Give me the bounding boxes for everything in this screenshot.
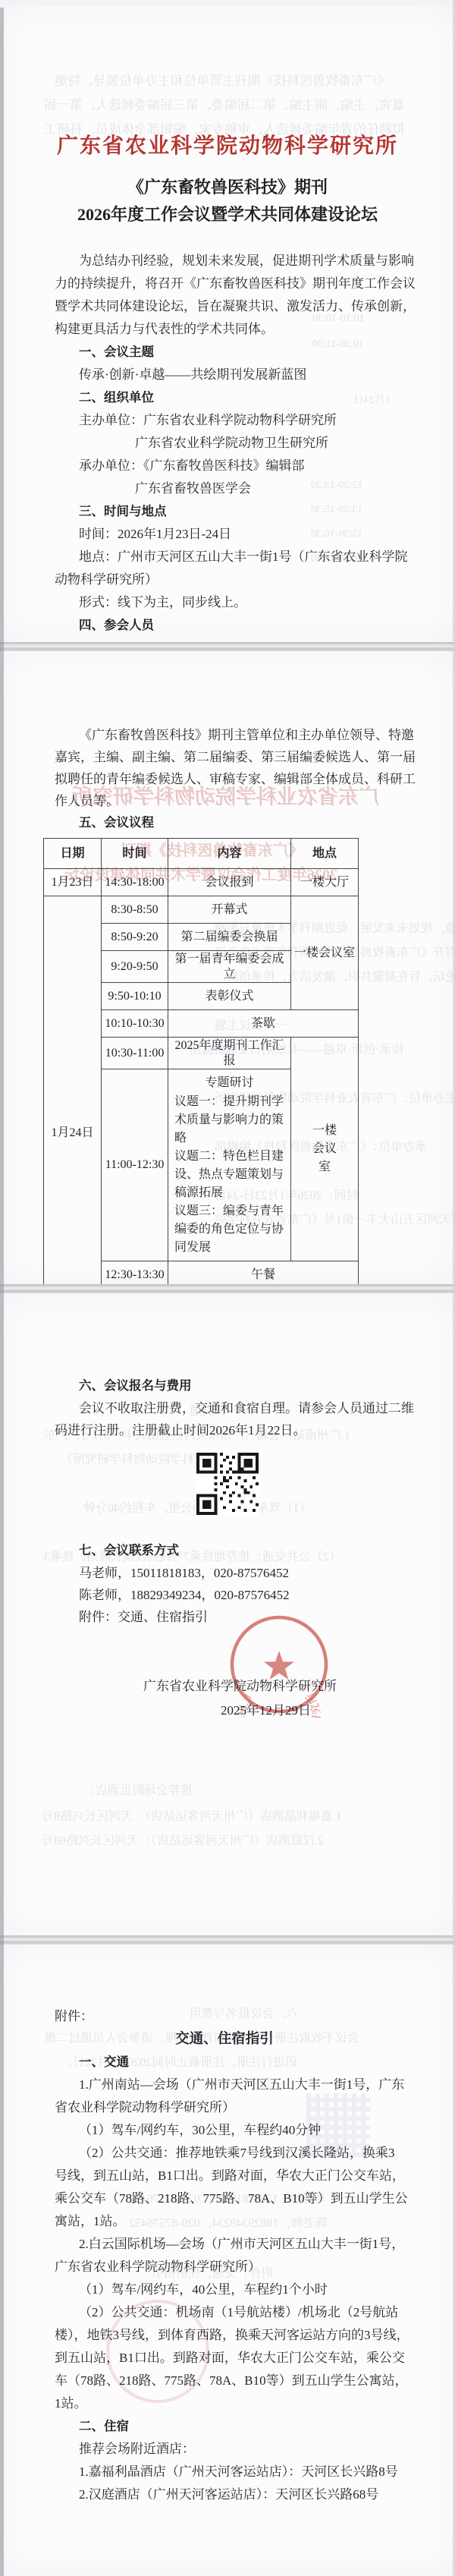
- page4-body: 附件：交通、住宿指引一、交通1.广州南站—会场（广州市天河区五山大丰一街1号，广…: [55, 2005, 394, 2506]
- agenda-content: 第一届青年编委会成立: [168, 951, 291, 983]
- text-line: 形式：线下为主，同步线上。: [55, 591, 394, 614]
- text-line: 力的持续提升，将召开《广东畜牧兽医科技》期刊年度工作会议: [55, 272, 394, 295]
- page1-body: 为总结办刊经验，规划未来发展，促进期刊学术质量与影响力的持续提升，将召开《广东畜…: [55, 250, 394, 637]
- agenda-content: 表彰仪式: [168, 983, 291, 1010]
- text-line: 2.白云国际机场—会场（广州市天河区五山大丰一街1号，: [55, 2233, 394, 2256]
- text-line: （2）公共交通：机场南（1号航站楼）/机场北（2号航站: [55, 2301, 394, 2324]
- text-line: 暨学术共同体建设论坛，旨在凝聚共识、激发活力、传承创新，: [55, 295, 394, 318]
- text-line: 乘公交车（78路、218路、775路、78A、B10等）到五山学生公: [55, 2187, 394, 2210]
- agenda-time: 12:30-13:30: [102, 1261, 168, 1284]
- agenda-time: 8:50-9:20: [102, 924, 168, 951]
- text-line: 一、交通: [55, 2051, 394, 2074]
- seminar-topic-2: 议题二：特色栏目建设、热点专题策划与稿源拓展: [174, 1148, 284, 1202]
- text-line: 构建更具活力与代表性的学术共同体。: [55, 318, 394, 341]
- text-line: 六、会议报名与费用: [55, 1375, 394, 1397]
- text-line: 附件：: [55, 2005, 394, 2028]
- agenda-content: 第二届编委会换届: [168, 924, 291, 951]
- seminar-topic-3: 议题三：编委与青年编委的角色定位与协同发展: [174, 1202, 284, 1257]
- agenda-place: 一楼会议室: [291, 896, 359, 1010]
- scanned-notice-document: 16:30-16:4015:30-16:3013:30-15:3012:30-1…: [0, 0, 455, 2576]
- ghost-text: 《广东畜牧兽医科技》期刊主管单位和主办单位领导、特邀: [55, 70, 390, 89]
- text-line: 马老师，15011818183，020-87576452: [55, 1562, 394, 1584]
- text-line: 陈老师，18829349234，020-87576452: [55, 1584, 394, 1606]
- text-line: 到五山站，B1口出。到路对面，华农大正门公交车站，乘公交: [55, 2347, 394, 2370]
- scan-edge-left: [0, 8, 4, 2576]
- text-line: 一、会议主题: [55, 341, 394, 364]
- text-line: 2.汉庭酒店（广州天河客运站店）：天河区长兴路68号: [55, 2483, 394, 2506]
- text-line: 地点：广州市天河区五山大丰一街1号（广东省农业科学院: [55, 546, 394, 568]
- agenda-time: 11:00-12:30: [102, 1069, 168, 1261]
- text-line: 广东省畜牧兽医学会: [55, 477, 394, 500]
- agenda-time: 8:30-8:50: [102, 896, 168, 924]
- seminar-title: 专题研讨: [174, 1073, 284, 1093]
- agenda-content: 会议报到: [168, 869, 291, 896]
- text-line: 广东省农业科学院动物科学研究所）: [55, 2256, 394, 2278]
- table-row: 1月23日 14:30-18:00 会议报到 一楼大厅: [44, 869, 359, 896]
- page-2: 地点：广州市天河区五山大丰一街1号（广东省农业科学院时间：2026年1月23日-…: [0, 651, 455, 1284]
- agenda-header-date: 日期: [44, 839, 102, 869]
- doc-title-line1: 《广东畜牧兽医科技》期刊: [0, 175, 455, 198]
- text-line: 作人员等。: [55, 790, 394, 812]
- text-line: 车（78路、218路、775路、78A、B10等）到五山学生公寓站，: [55, 2370, 394, 2392]
- text-line: 推荐会场附近酒店：: [55, 2438, 394, 2461]
- agenda-wrap: 日期 时间 内容 地点 1月23日 14:30-18:00 会议报到 一楼大厅 …: [55, 838, 394, 1284]
- svg-text:广东省农业科学院动物科学研究所: 广东省农业科学院动物科学研究所: [234, 1690, 323, 1718]
- text-line: 交通、住宿指引: [55, 2028, 394, 2051]
- agenda-table: 日期 时间 内容 地点 1月23日 14:30-18:00 会议报到 一楼大厅 …: [43, 838, 359, 1284]
- text-line: 五、会议议程: [55, 812, 394, 834]
- text-line: 承办单位：《广东畜牧兽医科技》编辑部: [55, 455, 394, 477]
- ghost-text: 2.汉庭酒店（广州天河客运站店）：天河区长兴路68号: [42, 1831, 324, 1848]
- ghost-text: 1.嘉福利晶酒店（广州天河客运站店）：天河区长兴路8号: [42, 1806, 342, 1824]
- text-line: 会议不收取注册费，交通和食宿自理。请参会人员通过二维: [55, 1397, 394, 1419]
- agenda-time: 10:10-10:30: [102, 1010, 168, 1038]
- agenda-header-place: 地点: [291, 839, 359, 869]
- page-3: 2.汉庭酒店（广州天河客运站店）：天河区长兴路68号1.嘉福利晶酒店（广州天河客…: [0, 1293, 455, 1935]
- agenda-date: 1月23日: [44, 869, 102, 896]
- text-line: 二、住宿: [55, 2415, 394, 2438]
- text-line: （1）驾车/网约车，40公里，车程约1个小时: [55, 2278, 394, 2301]
- text-line: 1.嘉福利晶酒店（广州天河客运站店）：天河区长兴路8号: [55, 2461, 394, 2483]
- text-line: 《广东畜牧兽医科技》期刊主管单位和主办单位领导、特邀: [55, 724, 394, 746]
- agenda-date: 1月24日: [44, 896, 102, 1285]
- text-line: 三、时间与地点: [55, 500, 394, 523]
- text-line: 拟聘任的青年编委候选人、审稿专家、编辑部全体成员、科研工: [55, 768, 394, 790]
- text-line: 四、参会人员: [55, 614, 394, 637]
- text-line: 1.广州南站—会场（广州市天河区五山大丰一街1号，广东: [55, 2074, 394, 2096]
- text-line: （2）公共交通：推荐地铁乘7号线到汉溪长隆站，换乘3: [55, 2142, 394, 2165]
- agenda-content-seminar: 专题研讨 议题一：提升期刊学术质量与影响力的策略 议题二：特色栏目建设、热点专题…: [168, 1069, 291, 1261]
- page-gap: [0, 642, 455, 651]
- text-line: 传承·创新·卓越——共绘期刊发展新蓝图: [55, 364, 394, 386]
- page-1: 16:30-16:4015:30-16:3013:30-15:3012:30-1…: [0, 6, 455, 642]
- text-line: 为总结办刊经验，规划未来发展，促进期刊学术质量与影响: [55, 250, 394, 272]
- page3-body-top: 六、会议报名与费用会议不收取注册费，交通和食宿自理。请参会人员通过二维码进行注册…: [55, 1375, 394, 1441]
- text-line: 寓站，1站。: [55, 2210, 394, 2233]
- text-line: 时间：2026年1月23日-24日: [55, 523, 394, 546]
- table-row: 1月24日 8:30-8:50 开幕式 一楼会议室: [44, 896, 359, 924]
- agenda-time: 9:50-10:10: [102, 983, 168, 1010]
- agenda-time: 9:20-9:50: [102, 951, 168, 983]
- official-seal: 广东省农业科学院动物科学研究所: [226, 1611, 332, 1718]
- text-line: 1站。: [55, 2392, 394, 2415]
- agenda-header-content: 内容: [168, 839, 291, 869]
- org-title: 广东省农业科学院动物科学研究所: [0, 129, 455, 159]
- registration-qr-code: [196, 1453, 259, 1515]
- ghost-text: 嘉宾，主编、副主编、第二届编委、第三届编委候选人、第一届: [44, 94, 405, 113]
- page-4-attachment: 附件：交通、住宿指引陈老师，18829349234，020-87576452马老…: [0, 1945, 455, 2576]
- page3-body-bottom: 七、会议联系方式马老师，15011818183，020-87576452陈老师，…: [55, 1540, 394, 1628]
- agenda-place: 一楼会议室: [291, 1038, 359, 1261]
- agenda-content: 开幕式: [168, 896, 291, 924]
- text-line: 二、组织单位: [55, 386, 394, 409]
- agenda-place: 一楼大厅: [291, 869, 359, 896]
- agenda-content: 午餐: [168, 1261, 359, 1284]
- text-line: 嘉宾，主编、副主编、第二届编委、第三届编委候选人、第一届: [55, 746, 394, 768]
- agenda-time: 14:30-18:00: [102, 869, 168, 896]
- text-line: 广东省农业科学院动物卫生研究所: [55, 432, 394, 455]
- text-line: 附件：交通、住宿指引: [55, 1606, 394, 1628]
- text-line: 号线，到五山站，B1口出。到路对面，华农大正门公交车站，: [55, 2165, 394, 2187]
- text-line: 动物科学研究所）: [55, 568, 394, 591]
- doc-title-line2: 2026年度工作会议暨学术共同体建设论坛: [0, 202, 455, 225]
- text-line: 七、会议联系方式: [55, 1540, 394, 1562]
- text-line: 主办单位：广东省农业科学院动物科学研究所: [55, 409, 394, 432]
- text-line: 码进行注册。注册截止时间2026年1月22日。: [55, 1419, 394, 1441]
- agenda-time: 10:30-11:00: [102, 1038, 168, 1069]
- seal-text: 广东省农业科学院动物科学研究所: [234, 1690, 323, 1718]
- text-line: 省农业科学院动物科学研究所）: [55, 2096, 394, 2119]
- page-gap: [0, 1284, 455, 1293]
- agenda-content: 2025年度期刊工作汇报: [168, 1038, 291, 1069]
- text-line: 楼），地铁3号线，到体育西路，换乘天河客运站方向的3号线，: [55, 2324, 394, 2347]
- text-line: （1）驾车/网约车，30公里，车程约40分钟: [55, 2119, 394, 2142]
- seminar-topic-1: 议题一：提升期刊学术质量与影响力的策略: [174, 1093, 284, 1148]
- ghost-text: 推荐会场附近酒店：: [83, 1781, 193, 1798]
- seal-star-icon: [264, 1651, 294, 1680]
- agenda-header-row: 日期 时间 内容 地点: [44, 839, 359, 869]
- agenda-content: 茶歇: [168, 1010, 359, 1038]
- page-gap: [0, 1935, 455, 1945]
- agenda-header-time: 时间: [102, 839, 168, 869]
- page2-body: 《广东畜牧兽医科技》期刊主管单位和主办单位领导、特邀嘉宾，主编、副主编、第二届编…: [55, 724, 394, 834]
